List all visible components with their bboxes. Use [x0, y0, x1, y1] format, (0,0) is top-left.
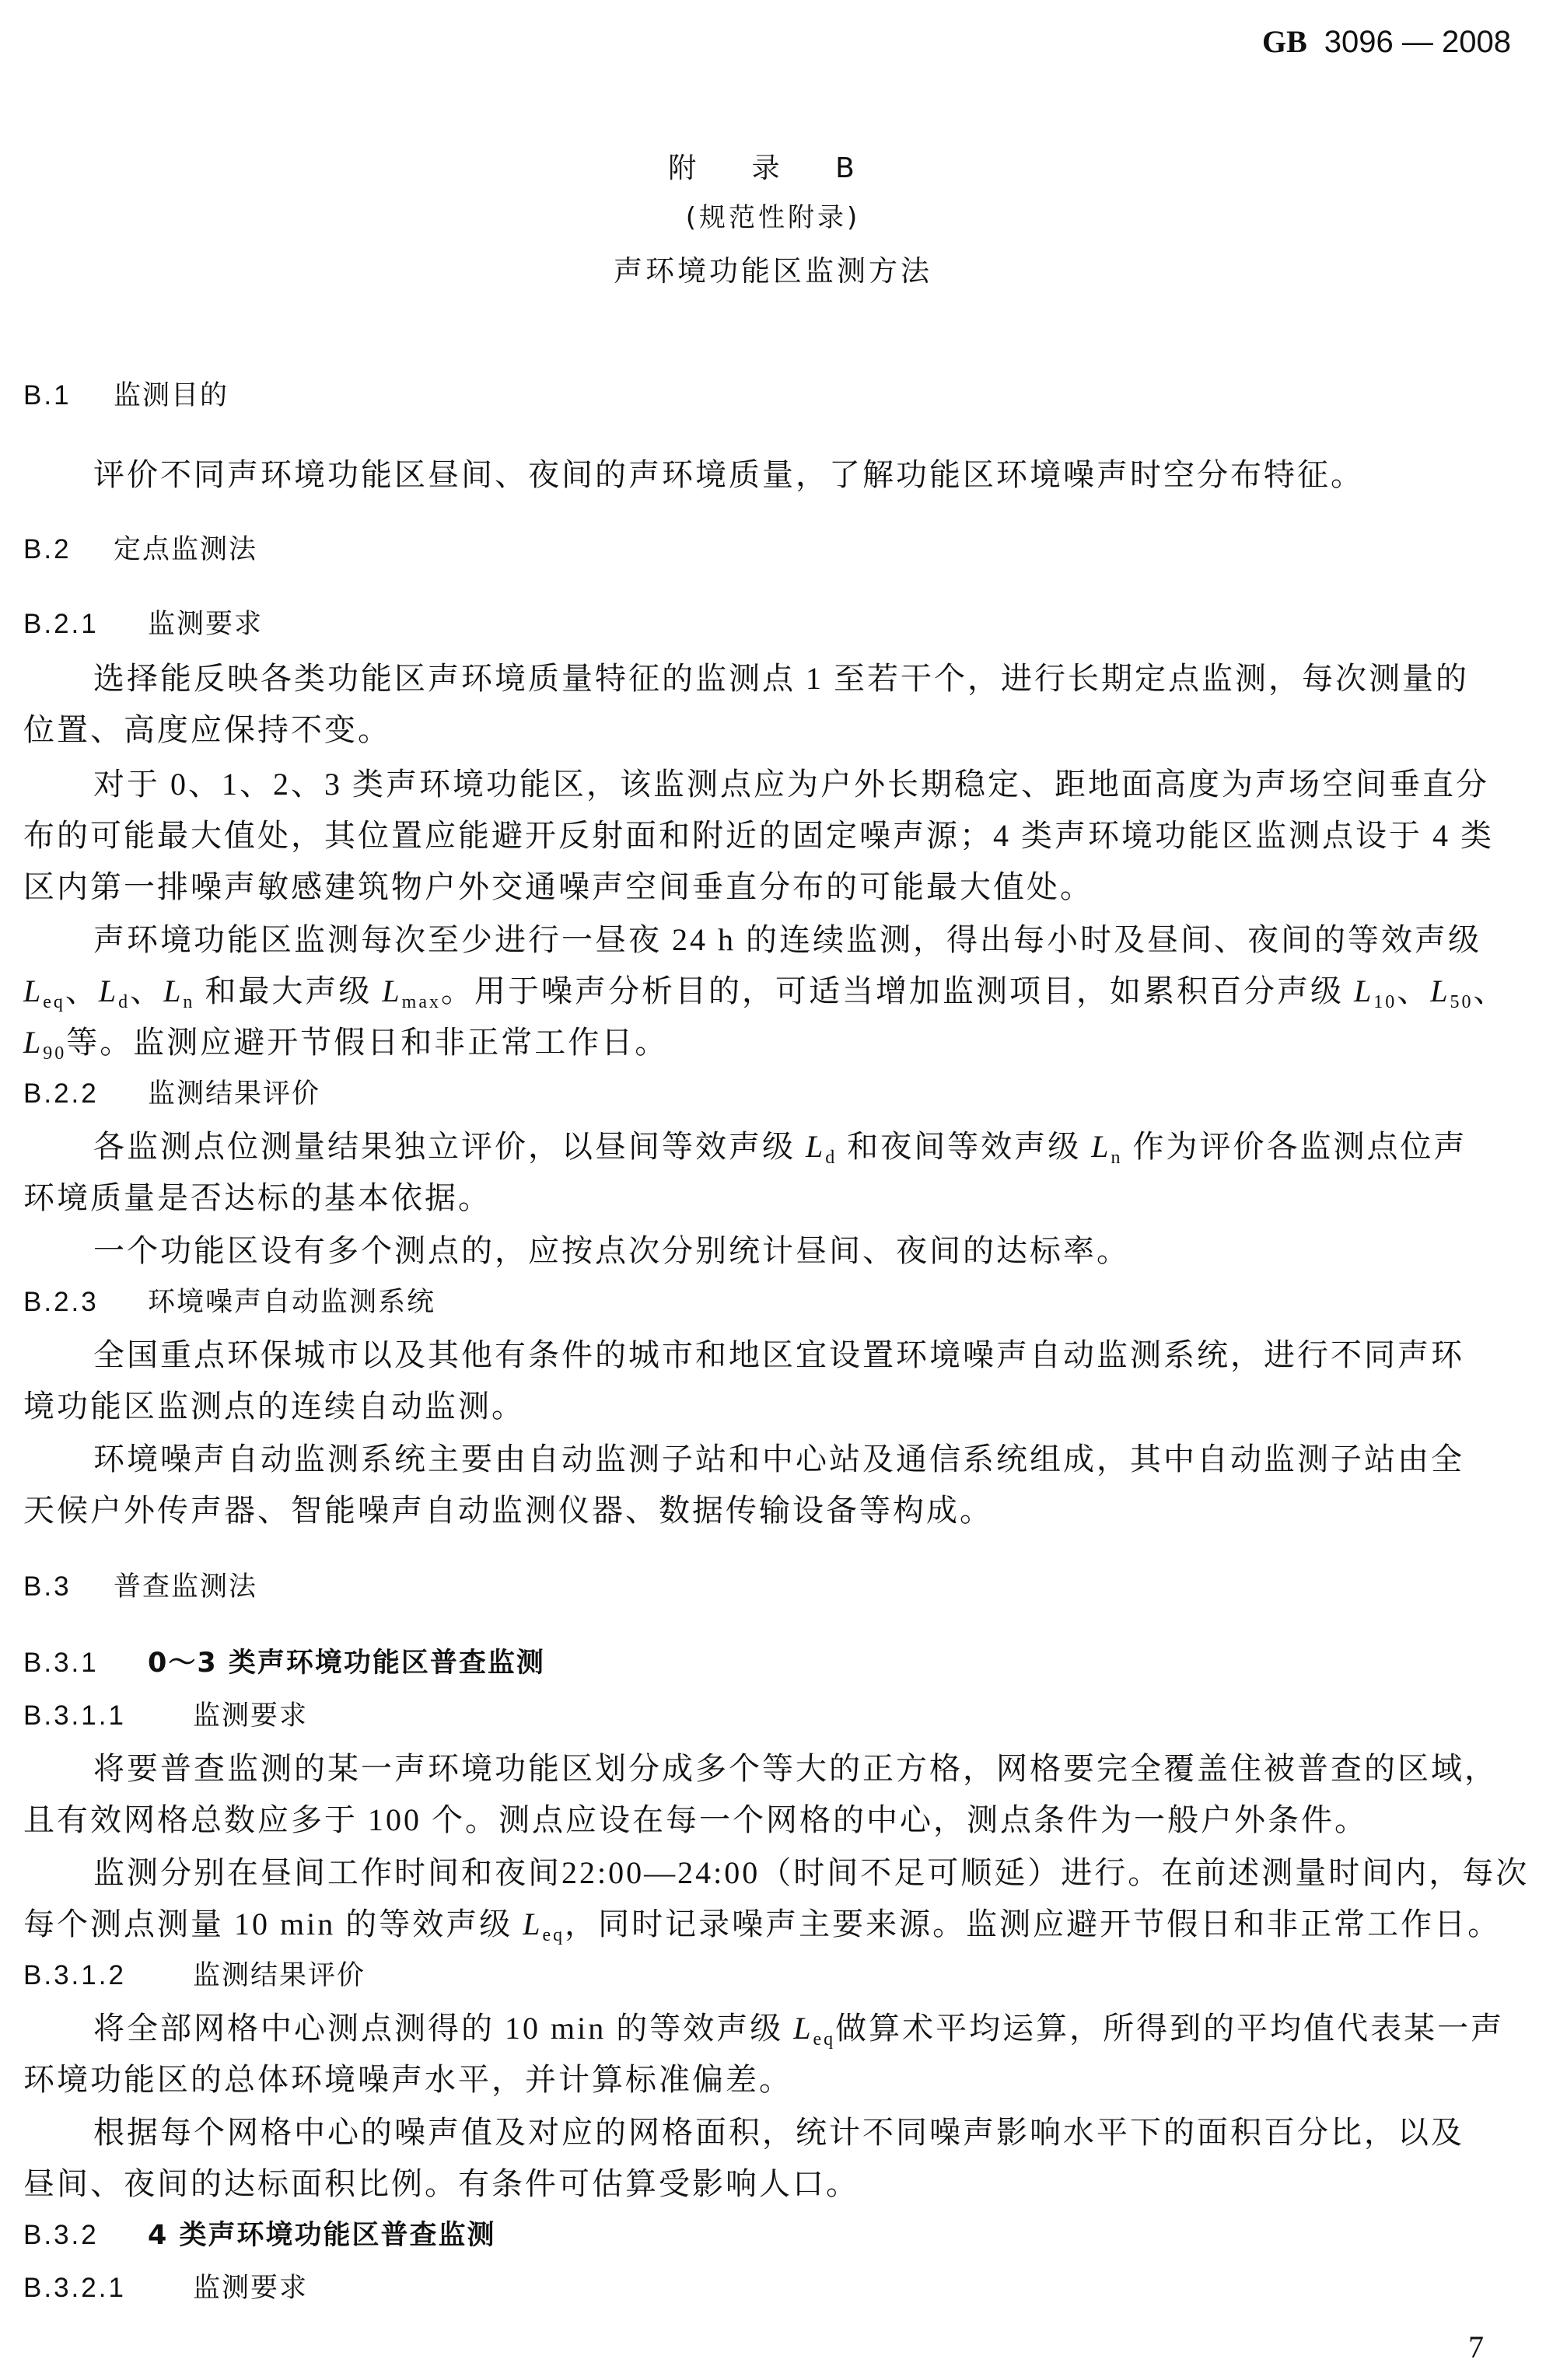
subscript: d	[118, 992, 130, 1012]
section-title: 监测要求	[193, 1700, 308, 1732]
paragraph-line: 根据每个网格中心的噪声值及对应的网格面积，统计不同噪声影响水平下的面积百分比，以…	[93, 2113, 1546, 2152]
subscript: n	[183, 992, 194, 1012]
section-heading-b312: B.3.1.2监测结果评价	[23, 1956, 1523, 1995]
symbol-L: L	[1091, 1129, 1111, 1164]
text: 、	[130, 973, 163, 1008]
text: 做算术平均运算，所得到的平均值代表某一声	[835, 2011, 1504, 2046]
text: 、	[1397, 973, 1430, 1008]
subscript: 10	[1373, 992, 1397, 1012]
section-title: 监测结果评价	[193, 1960, 366, 1991]
standard-code: GB3096 — 2008	[1262, 23, 1511, 61]
section-number: B.2.1	[23, 605, 148, 644]
paragraph-line: 且有效网格总数应多于 100 个。测点应设在每一个网格的中心，测点条件为一般户外…	[23, 1801, 1523, 1840]
text: 每个测点测量 10 min 的等效声级	[23, 1906, 523, 1941]
symbol-L: L	[163, 973, 183, 1008]
paragraph-line: 全国重点环保城市以及其他有条件的城市和地区宜设置环境噪声自动监测系统，进行不同声…	[93, 1336, 1546, 1375]
section-heading-b3: B.3普查监测法	[23, 1567, 1523, 1606]
appendix-title: 声环境功能区监测方法	[0, 247, 1546, 289]
paragraph-line: 天候户外传声器、智能噪声自动监测仪器、数据传输设备等构成。	[23, 1491, 1523, 1530]
symbol-L: L	[806, 1129, 825, 1164]
symbol-L: L	[99, 973, 118, 1008]
paragraph-line: 各监测点位测量结果独立评价，以昼间等效声级 Ld 和夜间等效声级 Ln 作为评价…	[93, 1127, 1546, 1166]
symbol-L: L	[1430, 973, 1450, 1008]
paragraph-line: 昼间、夜间的达标面积比例。有条件可估算受影响人口。	[23, 2165, 1523, 2204]
paragraph-line: 布的可能最大值处，其位置应能避开反射面和附近的固定噪声源；4 类声环境功能区监测…	[23, 816, 1523, 855]
section-heading-b1: B.1监测目的	[23, 376, 1523, 415]
subscript: eq	[813, 2029, 835, 2050]
symbol-L: L	[1354, 973, 1373, 1008]
standard-number: 3096 — 2008	[1324, 25, 1511, 59]
paragraph-line: 声环境功能区监测每次至少进行一昼夜 24 h 的连续监测，得出每小时及昼间、夜间…	[93, 921, 1546, 959]
section-number: B.3	[23, 1567, 114, 1606]
section-title: 普查监测法	[114, 1571, 257, 1602]
page-number: 7	[1468, 2329, 1484, 2365]
section-title: 环境噪声自动监测系统	[148, 1287, 435, 1318]
standard-prefix: GB	[1262, 24, 1307, 59]
text: 和夜间等效声级	[837, 1129, 1091, 1164]
text: 、	[65, 973, 99, 1008]
paragraph-line: 选择能反映各类功能区声环境质量特征的监测点 1 至若干个，进行长期定点监测，每次…	[93, 659, 1546, 698]
section-heading-b23: B.2.3环境噪声自动监测系统	[23, 1283, 1523, 1322]
subscript: eq	[542, 1925, 565, 1945]
symbol-L: L	[523, 1906, 542, 1941]
paragraph-line: 每个测点测量 10 min 的等效声级 Leq，同时记录噪声主要来源。监测应避开…	[23, 1905, 1523, 1944]
paragraph-line: 一个功能区设有多个测点的，应按点次分别统计昼间、夜间的达标率。	[93, 1232, 1546, 1270]
paragraph-line: 对于 0、1、2、3 类声环境功能区，该监测点应为户外长期稳定、距地面高度为声场…	[93, 765, 1546, 804]
paragraph-line: 监测分别在昼间工作时间和夜间22:00—24:00（时间不足可顺延）进行。在前述…	[93, 1854, 1546, 1892]
text: ，同时记录噪声主要来源。监测应避开节假日和非正常工作日。	[565, 1906, 1501, 1941]
section-number: B.1	[23, 376, 114, 415]
paragraph-line: 环境噪声自动监测系统主要由自动监测子站和中心站及通信系统组成，其中自动监测子站由…	[93, 1440, 1546, 1479]
section-number: B.3.1	[23, 1644, 148, 1683]
text: 等。监测应避开节假日和非正常工作日。	[66, 1025, 668, 1060]
section-title: 监测要求	[148, 609, 263, 640]
section-title: 监测要求	[193, 2273, 308, 2304]
symbol-L: L	[382, 973, 401, 1008]
section-number: B.2.2	[23, 1075, 148, 1113]
section-number: B.3.2.1	[23, 2269, 193, 2308]
paragraph-line: 区内第一排噪声敏感建筑物户外交通噪声空间垂直分布的可能最大值处。	[23, 868, 1523, 907]
section-title: 监测结果评价	[148, 1078, 320, 1110]
section-number: B.2.3	[23, 1283, 148, 1322]
paragraph-line: 将要普查监测的某一声环境功能区划分成多个等大的正方格，网格要完全覆盖住被普查的区…	[93, 1749, 1546, 1788]
text: 各监测点位测量结果独立评价，以昼间等效声级	[93, 1129, 806, 1164]
text: 将全部网格中心测点测得的 10 min 的等效声级	[93, 2011, 793, 2046]
text: 、	[1473, 973, 1506, 1008]
appendix-type: (规范性附录)	[0, 196, 1546, 234]
section-heading-b22: B.2.2监测结果评价	[23, 1075, 1523, 1113]
paragraph-line: 位置、高度应保持不变。	[23, 711, 1523, 750]
subscript: 90	[43, 1043, 66, 1064]
document-page: GB3096 — 2008 附 录 B (规范性附录) 声环境功能区监测方法 B…	[0, 0, 1546, 2380]
section-heading-b21: B.2.1监测要求	[23, 605, 1523, 644]
subscript: 50	[1450, 992, 1473, 1012]
section-heading-b321: B.3.2.1监测要求	[23, 2269, 1523, 2308]
section-heading-b311: B.3.1.1监测要求	[23, 1697, 1523, 1735]
section-number: B.2	[23, 530, 114, 569]
paragraph-line: Leq、Ld、Ln 和最大声级 Lmax。用于噪声分析目的，可适当增加监测项目，…	[23, 972, 1523, 1011]
section-title: 0～3 类声环境功能区普查监测	[148, 1648, 545, 1679]
text: 作为评价各监测点位声	[1123, 1129, 1467, 1164]
subscript: max	[402, 992, 441, 1012]
symbol-L: L	[23, 1025, 43, 1060]
section-title: 监测目的	[114, 380, 229, 411]
symbol-L: L	[23, 973, 43, 1008]
paragraph-line: 环境功能区的总体环境噪声水平，并计算标准偏差。	[23, 2060, 1523, 2099]
section-number: B.3.1.2	[23, 1956, 193, 1995]
appendix-label: 附 录 B	[0, 146, 1546, 186]
section-title: 定点监测法	[114, 534, 257, 565]
paragraph-line: 境功能区监测点的连续自动监测。	[23, 1387, 1523, 1426]
text: 。用于噪声分析目的，可适当增加监测项目，如累积百分声级	[441, 973, 1354, 1008]
subscript: d	[825, 1148, 837, 1168]
paragraph-line: L90等。监测应避开节假日和非正常工作日。	[23, 1023, 1523, 1062]
section-title: 4 类声环境功能区普查监测	[148, 2220, 496, 2251]
subscript: n	[1111, 1148, 1123, 1168]
section-heading-b32: B.3.24 类声环境功能区普查监测	[23, 2216, 1523, 2255]
section-number: B.3.1.1	[23, 1697, 193, 1735]
section-heading-b31: B.3.10～3 类声环境功能区普查监测	[23, 1644, 1523, 1683]
text: 和最大声级	[194, 973, 382, 1008]
symbol-L: L	[793, 2011, 813, 2046]
section-number: B.3.2	[23, 2216, 148, 2255]
paragraph-line: 将全部网格中心测点测得的 10 min 的等效声级 Leq做算术平均运算，所得到…	[93, 2009, 1546, 2048]
section-heading-b2: B.2定点监测法	[23, 530, 1523, 569]
subscript: eq	[43, 992, 65, 1012]
paragraph: 评价不同声环境功能区昼间、夜间的声环境质量，了解功能区环境噪声时空分布特征。	[93, 456, 1546, 495]
paragraph-line: 环境质量是否达标的基本依据。	[23, 1179, 1523, 1218]
